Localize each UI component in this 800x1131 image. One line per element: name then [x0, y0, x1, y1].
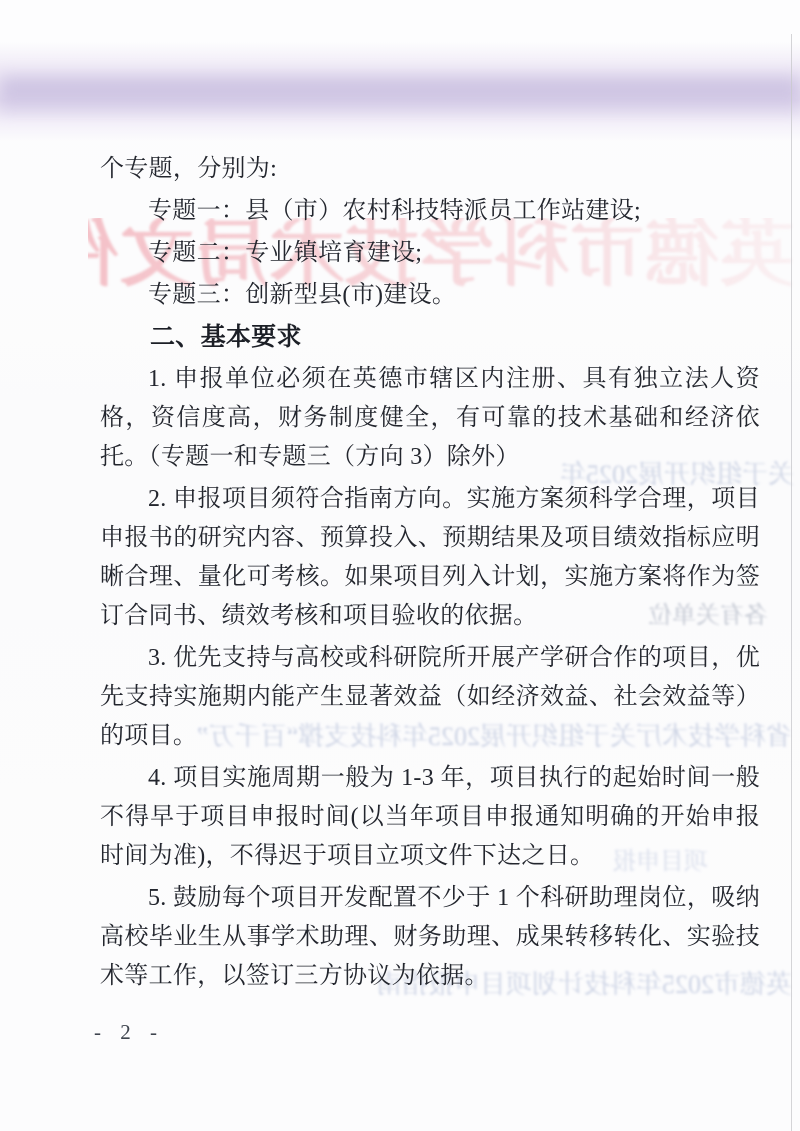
scanned-document-page: 英德市科学技术局文件 关于组织开展2025年 各有关单位 省科学技术厅关于组织开… [0, 0, 800, 1131]
topic-line-2: 专题二：专业镇培育建设; [100, 234, 760, 273]
paragraph-1: 1. 申报单位必须在英德市辖区内注册、具有独立法人资格，资信度高，财务制度健全，… [100, 360, 760, 477]
section-heading: 二、基本要求 [100, 318, 760, 357]
paragraph-4: 4. 项目实施周期一般为 1-3 年，项目执行的起始时间一般不得早于项目申报时间… [100, 759, 760, 876]
paragraph-2: 2. 申报项目须符合指南方向。实施方案须科学合理，项目申报书的研究内容、预算投入… [100, 480, 760, 636]
page-number: - 2 - [94, 1020, 164, 1045]
paragraph-5: 5. 鼓励每个项目开发配置不少于 1 个科研助理岗位，吸纳高校毕业生从事学术助理… [100, 879, 760, 996]
bleedthrough-top-band [0, 42, 800, 142]
document-body: 个专题，分别为: 专题一：县（市）农村科技特派员工作站建设; 专题二：专业镇培育… [100, 150, 760, 996]
scan-right-edge-line [791, 34, 792, 1131]
bleedthrough-top-smudge-2 [0, 102, 800, 114]
intro-line: 个专题，分别为: [100, 150, 760, 189]
topic-line-1: 专题一：县（市）农村科技特派员工作站建设; [100, 192, 760, 231]
topic-line-3: 专题三：创新型县(市)建设。 [100, 276, 760, 315]
paragraph-3: 3. 优先支持与高校或科研院所开展产学研合作的项目，优先支持实施期内能产生显著效… [100, 639, 760, 756]
bleedthrough-top-smudge [0, 76, 800, 102]
